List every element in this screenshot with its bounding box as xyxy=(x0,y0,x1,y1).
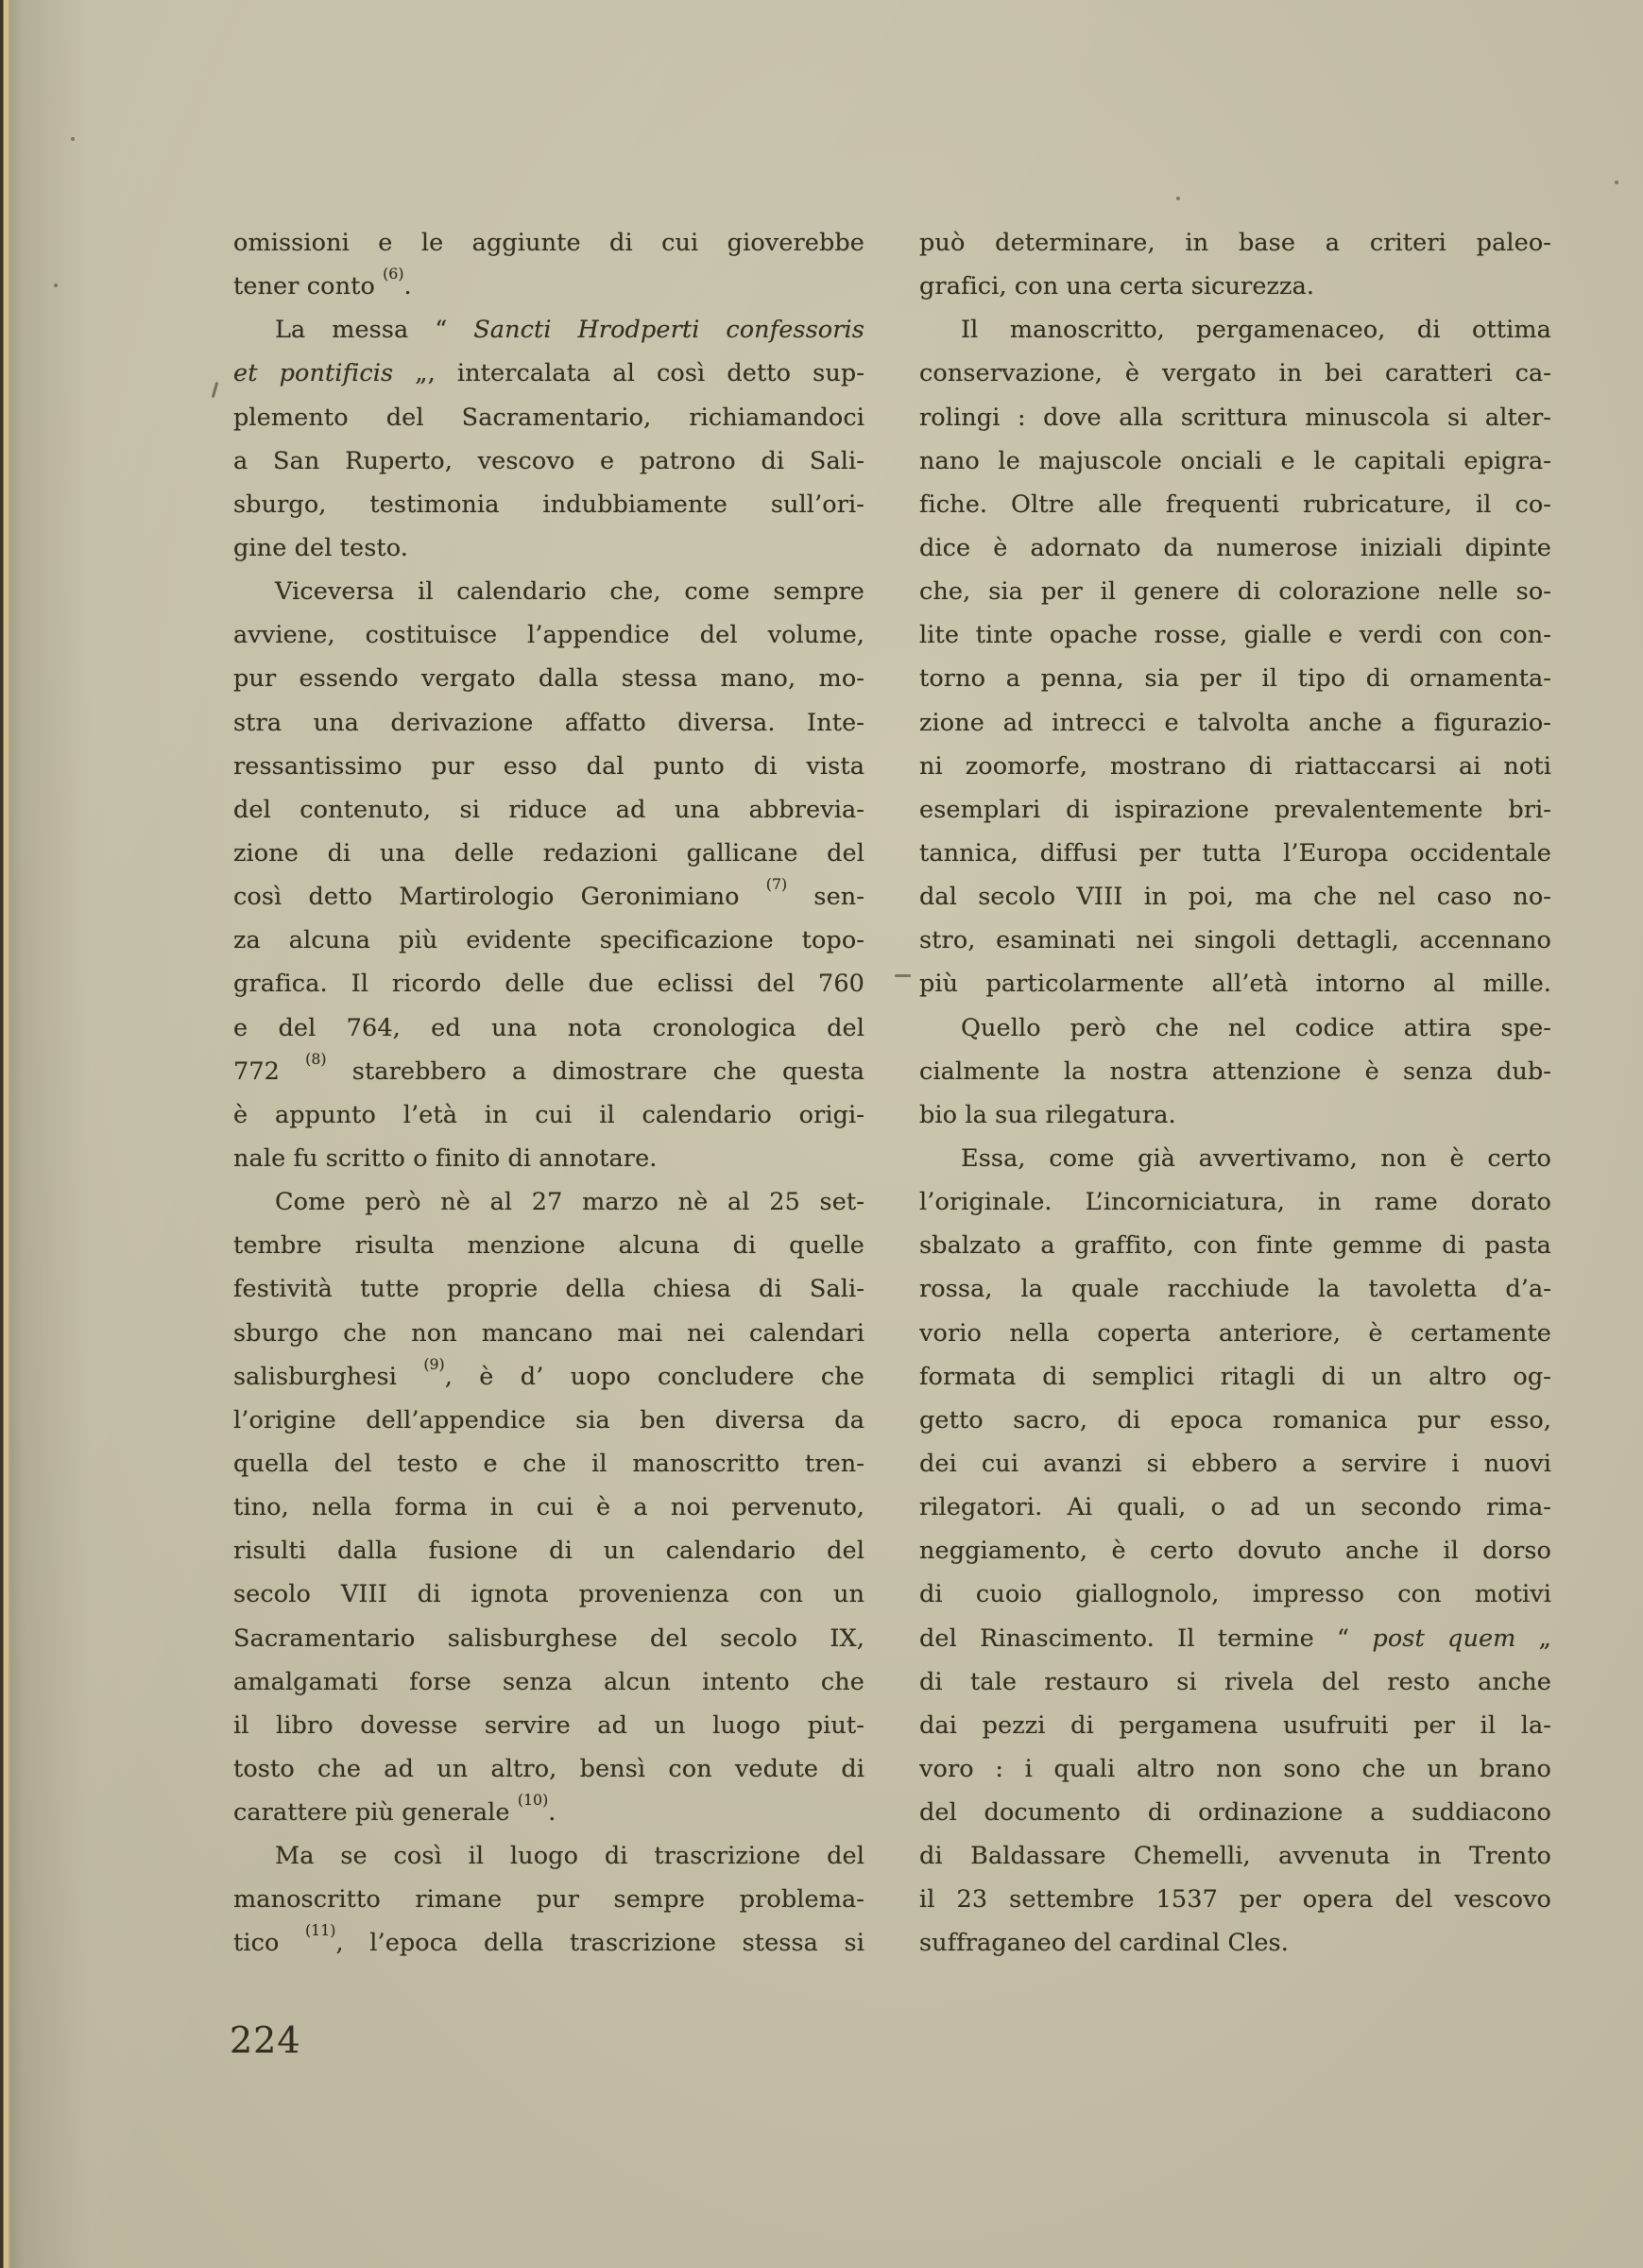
text-line: può determinare, in base a criteri paleo… xyxy=(919,221,1551,265)
text-line: ressantissimo pur esso dal punto di vist… xyxy=(233,745,864,788)
text-line: stra una derivazione affatto diversa. In… xyxy=(233,701,864,745)
text-line: manoscritto rimane pur sempre problema- xyxy=(233,1878,864,1921)
text-line: tosto che ad un altro, bensì con vedute … xyxy=(233,1747,864,1791)
text-line: a San Ruperto, vescovo e patrono di Sali… xyxy=(233,439,864,483)
text-line: ni zoomorfe, mostrano di riattaccarsi ai… xyxy=(919,745,1551,788)
text-line: torno a penna, sia per il tipo di orname… xyxy=(919,657,1551,700)
text-line: suffraganeo del cardinal Cles. xyxy=(919,1921,1551,1965)
gutter-shadow xyxy=(0,0,90,2268)
text-line: zione ad intrecci e talvolta anche a fig… xyxy=(919,701,1551,745)
text-line: l’originale. L’incorniciatura, in rame d… xyxy=(919,1180,1551,1224)
text-line: formata di semplici ritagli di un altro … xyxy=(919,1355,1551,1399)
text-line: che, sia per il genere di colorazione ne… xyxy=(919,570,1551,613)
text-line: secolo VIII di ignota provenienza con un xyxy=(233,1572,864,1616)
scan-speck xyxy=(71,137,75,141)
text-line: rolingi : dove alla scrittura minuscola … xyxy=(919,396,1551,439)
scan-speck xyxy=(491,1460,495,1464)
text-line: Il manoscritto, pergamenaceo, di ottima xyxy=(919,308,1551,352)
text-line: carattere più generale (10). xyxy=(233,1791,864,1834)
text-line: nale fu scritto o finito di annotare. xyxy=(233,1137,864,1180)
text-line: bio la sua rilegatura. xyxy=(919,1093,1551,1137)
text-line: di Baldassare Chemelli, avvenuta in Tren… xyxy=(919,1834,1551,1878)
text-line: più particolarmente all’età intorno al m… xyxy=(919,962,1551,1005)
scan-stray-mark xyxy=(212,382,218,398)
text-line: lite tinte opache rosse, gialle e verdi … xyxy=(919,613,1551,657)
page-number: 224 xyxy=(230,2020,301,2060)
text-line: quella del testo e che il manoscritto tr… xyxy=(233,1442,864,1486)
text-line: et pontificis „, intercalata al così det… xyxy=(233,352,864,395)
text-line: pur essendo vergato dalla stessa mano, m… xyxy=(233,657,864,700)
scan-speck xyxy=(1615,180,1618,184)
text-line: rilegatori. Ai quali, o ad un secondo ri… xyxy=(919,1486,1551,1529)
text-line: dice è adornato da numerose iniziali dip… xyxy=(919,526,1551,570)
text-line: getto sacro, di epoca romanica pur esso, xyxy=(919,1399,1551,1442)
text-line: Essa, come già avvertivamo, non è certo xyxy=(919,1137,1551,1180)
text-line: esemplari di ispirazione prevalentemente… xyxy=(919,788,1551,832)
page-gutter-edge xyxy=(0,0,13,2268)
text-line: fiche. Oltre alle frequenti rubricature,… xyxy=(919,483,1551,526)
text-line: del contenuto, si riduce ad una abbrevia… xyxy=(233,788,864,832)
text-line: di cuoio giallognolo, impresso con motiv… xyxy=(919,1572,1551,1616)
text-line: amalgamati forse senza alcun intento che xyxy=(233,1660,864,1704)
text-line: vorio nella coperta anteriore, è certame… xyxy=(919,1312,1551,1355)
text-line: e del 764, ed una nota cronologica del xyxy=(233,1006,864,1050)
text-line: Come però nè al 27 marzo nè al 25 set- xyxy=(233,1180,864,1224)
right-text-column: può determinare, in base a criteri paleo… xyxy=(919,221,1551,1966)
text-line: stro, esaminati nei singoli dettagli, ac… xyxy=(919,919,1551,962)
scan-speck xyxy=(54,283,58,287)
text-line: grafica. Il ricordo delle due eclissi de… xyxy=(233,962,864,1005)
text-line: omissioni e le aggiunte di cui gioverebb… xyxy=(233,221,864,265)
text-line: Viceversa il calendario che, come sempre xyxy=(233,570,864,613)
text-line: neggiamento, è certo dovuto anche il dor… xyxy=(919,1529,1551,1572)
text-line: è appunto l’età in cui il calendario ori… xyxy=(233,1093,864,1137)
scanned-book-page: omissioni e le aggiunte di cui gioverebb… xyxy=(0,0,1643,2268)
text-line: Ma se così il luogo di trascrizione del xyxy=(233,1834,864,1878)
text-line: avviene, costituisce l’appendice del vol… xyxy=(233,613,864,657)
text-line: voro : i quali altro non sono che un bra… xyxy=(919,1747,1551,1791)
text-line: di tale restauro si rivela del resto anc… xyxy=(919,1660,1551,1704)
text-line: festività tutte proprie della chiesa di … xyxy=(233,1267,864,1311)
text-line: grafici, con una certa sicurezza. xyxy=(919,265,1551,308)
text-line: cialmente la nostra attenzione è senza d… xyxy=(919,1050,1551,1093)
scan-speck xyxy=(1176,197,1180,200)
text-line: così detto Martirologio Geronimiano (7) … xyxy=(233,875,864,919)
text-line: tembre risulta menzione alcuna di quelle xyxy=(233,1224,864,1267)
text-line: tener conto (6). xyxy=(233,265,864,308)
text-line: il 23 settembre 1537 per opera del vesco… xyxy=(919,1878,1551,1921)
text-line: il libro dovesse servire ad un luogo piu… xyxy=(233,1704,864,1747)
text-line: 772 (8) starebbero a dimostrare che ques… xyxy=(233,1050,864,1093)
text-line: plemento del Sacramentario, richiamandoc… xyxy=(233,396,864,439)
text-line: sbalzato a graffito, con finte gemme di … xyxy=(919,1224,1551,1267)
text-line: conservazione, è vergato in bei caratter… xyxy=(919,352,1551,395)
text-line: sburgo che non mancano mai nei calendari xyxy=(233,1312,864,1355)
text-line: del Rinascimento. Il termine “ post quem… xyxy=(919,1617,1551,1660)
text-line: tannica, diffusi per tutta l’Europa occi… xyxy=(919,832,1551,875)
text-line: za alcuna più evidente specificazione to… xyxy=(233,919,864,962)
text-line: nano le majuscole onciali e le capitali … xyxy=(919,439,1551,483)
text-line: dai pezzi di pergamena usufruiti per il … xyxy=(919,1704,1551,1747)
text-line: gine del testo. xyxy=(233,526,864,570)
text-line: risulti dalla fusione di un calendario d… xyxy=(233,1529,864,1572)
text-line: l’origine dell’appendice sia ben diversa… xyxy=(233,1399,864,1442)
text-line: sburgo, testimonia indubbiamente sull’or… xyxy=(233,483,864,526)
text-line: rossa, la quale racchiude la tavoletta d… xyxy=(919,1267,1551,1311)
text-line: dei cui avanzi si ebbero a servire i nuo… xyxy=(919,1442,1551,1486)
text-line: dal secolo VIII in poi, ma che nel caso … xyxy=(919,875,1551,919)
text-line: tino, nella forma in cui è a noi pervenu… xyxy=(233,1486,864,1529)
left-text-column: omissioni e le aggiunte di cui gioverebb… xyxy=(233,221,864,1966)
text-line: salisburghesi (9), è d’ uopo concludere … xyxy=(233,1355,864,1399)
text-line: zione di una delle redazioni gallicane d… xyxy=(233,832,864,875)
text-line: tico (11), l’epoca della trascrizione st… xyxy=(233,1921,864,1965)
text-line: del documento di ordinazione a suddiacon… xyxy=(919,1791,1551,1834)
text-line: La messa “ Sancti Hrodperti confessoris xyxy=(233,308,864,352)
scan-stray-mark xyxy=(895,974,911,977)
text-line: Quello però che nel codice attira spe- xyxy=(919,1006,1551,1050)
text-line: Sacramentario salisburghese del secolo I… xyxy=(233,1617,864,1660)
